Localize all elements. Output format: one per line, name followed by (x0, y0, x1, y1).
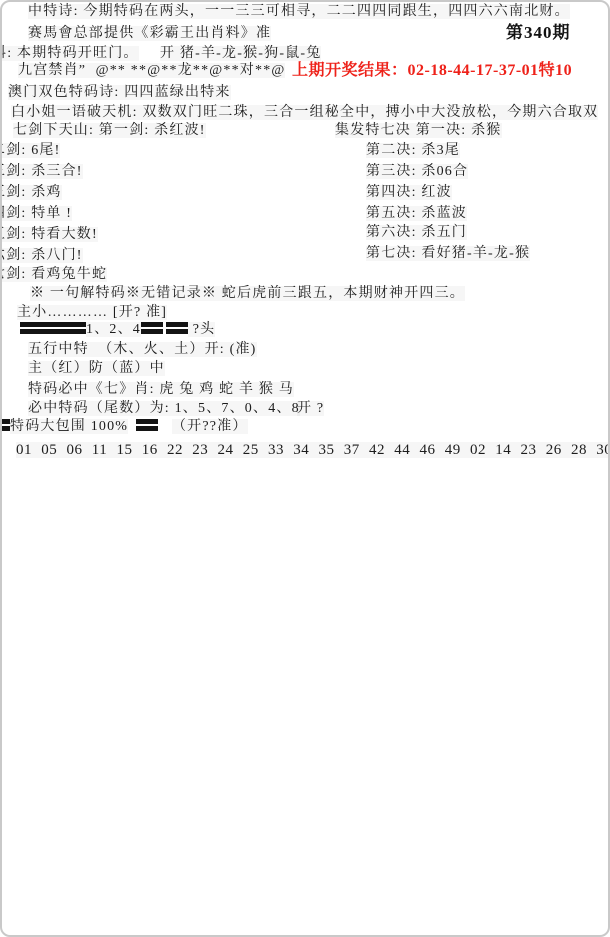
red-blue-line: 主（红）防（蓝）中 (28, 360, 165, 377)
decision-row: 第四决: 红波 (366, 184, 452, 201)
black-bar-block (136, 419, 158, 431)
zhongte-poem: 中特诗: 今期特码在两头，一一三三可相寻，二二四四同跟生，四四六六南北财。 (28, 3, 570, 20)
sword-row: 四剑: 特单 ! (0, 205, 72, 222)
head-blocks-line: 1、2、4 ?头 (20, 321, 215, 338)
tail-numbers-line: 必中特码（尾数）为: 1、5、7、0、4、8 (28, 400, 300, 417)
last-draw-result: 上期开奖结果：02-18-44-17-37-01特10 (292, 62, 572, 79)
black-bar-block (20, 322, 42, 334)
five-elements-line: 五行中特 （木、火、土）开: (准) (28, 341, 257, 358)
page-border (0, 0, 610, 937)
black-bar-block (64, 322, 86, 334)
tail-numbers-open: 开 ? (297, 400, 324, 417)
seven-swords-heading: 七剑下天山: 第一剑: 杀红波! (13, 122, 206, 139)
one-phrase-solution: ※ 一句解特码※无错记录※ 蛇后虎前三跟五，本期财神开四三。 (30, 285, 465, 302)
wangmen-line: 料: 本期特码开旺门。 (0, 45, 139, 62)
black-bar-block (0, 419, 10, 431)
baixiaojie-line: 白小姐一语破天机: 双数双门旺二珠，三合一组秘全中，搏小中大没放松，今期六合取双 (11, 104, 598, 121)
seven-zodiac-line: 特码必中《七》肖: 虎 兔 鸡 蛇 羊 猴 马 (28, 381, 294, 398)
issue-number: 第340期 (506, 24, 571, 41)
sword-row: 七剑: 看鸡兔牛蛇 (0, 266, 107, 283)
zhuxiao-line: 主小………… [开? 准] (17, 304, 167, 321)
black-bar-block (166, 322, 188, 334)
sword-row: 六剑: 杀八门! (0, 247, 83, 264)
decision-row: 第六决: 杀五门 (366, 224, 467, 241)
jiugong-line: 九宫禁肖” @** **@**龙**@**对**@ (18, 62, 285, 79)
sword-row: 三剑: 杀三合! (0, 163, 83, 180)
decision-row: 第三决: 杀06合 (366, 163, 468, 180)
full-coverage-line: 特码大包围 100% （开??准） (0, 418, 248, 435)
sword-row: 五剑: 特看大数! (0, 226, 98, 243)
wangmen-open-animals: 开 猪-羊-龙-猴-狗-鼠-兔 (160, 45, 321, 62)
macau-poem: 澳门双色特码诗: 四四蓝绿出特来 (8, 84, 231, 101)
lottery-tip-sheet: 中特诗: 今期特码在两头，一一三三可相寻，二二四四同跟生，四四六六南北财。 赛馬… (0, 0, 610, 937)
black-bar-block (141, 322, 163, 334)
coverage-numbers-row: 01 05 06 11 15 16 22 23 24 25 33 34 35 3… (16, 442, 610, 459)
sword-row: 三剑: 杀鸡 (0, 184, 62, 201)
decision-row: 第七决: 看好猪-羊-龙-猴 (366, 245, 530, 262)
decision-row: 第二决: 杀3尾 (366, 142, 460, 159)
sword-row: 二剑: 6尾! (0, 142, 60, 159)
black-bar-block (42, 322, 64, 334)
decision-row: 第五决: 杀蓝波 (366, 205, 467, 222)
jifa-heading: 集发特七决 第一决: 杀猴 (335, 122, 502, 139)
jockey-club-line: 赛馬會总部提供《彩霸王出肖料》准 (28, 25, 271, 42)
